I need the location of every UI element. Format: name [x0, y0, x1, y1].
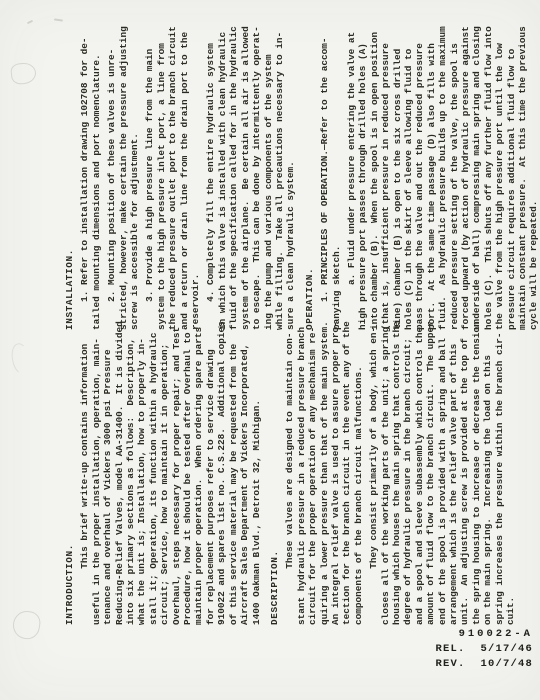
text-line: ing the pump and various components of t… [263, 18, 274, 330]
section-heading: DESCRIPTION. [269, 313, 280, 625]
release-date: REL. 5/17/46 [435, 642, 533, 657]
text-line: 1. Refer to installation drawing 102708 … [79, 18, 90, 330]
text-line: into chamber (B). When the spool is in o… [369, 18, 380, 330]
text-line: Reducing-Relief Valves, model AA-31400. … [114, 313, 125, 625]
text-line: circuit for the proper operation of any … [307, 313, 318, 625]
text-line: cuit. [505, 313, 516, 625]
paragraph: 4. Completely fill the entire hydraulic … [205, 18, 296, 330]
text-line: degree of hydraulic pressure in the bran… [402, 313, 413, 625]
text-line: maintain constant pressure. At this time… [517, 18, 528, 330]
text-line: tection for the branch circuit in the ev… [341, 313, 352, 625]
text-line: These valves are designed to maintain co… [284, 313, 295, 625]
text-line: This brief write-up contains information [79, 313, 90, 625]
text-line: the valve from the high pressure port un… [494, 18, 505, 330]
text-line: into six primary sections as follows: De… [125, 313, 136, 625]
text-line: 910022 and spares list no. C.S.228. Addi… [216, 313, 227, 625]
paragraph: 1. Refer to installation drawing 102708 … [79, 18, 102, 330]
text-line: pass through the valve and out the reduc… [414, 18, 425, 330]
text-line: tenance and overhaul of Vickers 3000 psi… [102, 313, 113, 625]
text-line: unit. An adjusting screw is provided at … [459, 313, 470, 625]
text-line: reservoir. [190, 18, 201, 330]
text-line: components of the branch circuit malfunc… [353, 313, 364, 625]
text-line: 4. Completely fill the entire hydraulic … [205, 18, 216, 330]
text-line: quiring a lower pressure than that of th… [319, 313, 330, 625]
paragraph: 3. Provide a high pressure line from the… [144, 18, 201, 330]
text-line: cycle will be repeated. [528, 18, 539, 330]
text-line: line) chamber (B) is open to the six cro… [392, 18, 403, 330]
text-line: stant hydraulic pressure in a reduced pr… [296, 313, 307, 625]
text-line: system to the high pressure inlet port, … [156, 18, 167, 330]
text-line: pressure circuit requires additional flu… [506, 18, 517, 330]
text-line: arrangement which is the relief valve pa… [448, 313, 459, 625]
text-line: the reduced pressure outlet port to the … [167, 18, 178, 330]
text-line: high pressure port passes through drille… [357, 18, 368, 330]
text-line: and a return or drain line from the drai… [179, 18, 190, 330]
drawing-number-stamp: 910022-A REL. 5/17/46 REV. 10/7/48 [435, 627, 533, 672]
text-line: fluid. As hydraulic pressure builds up t… [437, 18, 448, 330]
paragraph: This brief write-up contains information… [79, 313, 262, 625]
text-line: underside of ball) compressing main spri… [471, 18, 482, 330]
text-line: 1400 Oakman Blvd., Detroit 32, Michigan. [251, 313, 262, 625]
text-line: to escape. This can be done by intermitt… [251, 18, 262, 330]
text-line: Procedure, how it should be tested after… [182, 313, 193, 625]
paragraph: 2. Mounting position of these valves is … [106, 18, 140, 330]
text-line: spring increases the pressure within the… [494, 313, 505, 625]
text-line: in which this valve is installed with cl… [217, 18, 228, 330]
text-line: screw is accessible for adjustment. [129, 18, 140, 330]
text-line: 3. Provide a high pressure line from the… [144, 18, 155, 330]
text-line: (that is, insufficient pressure in reduc… [380, 18, 391, 330]
text-line: reduced pressure setting of the valve, t… [449, 18, 460, 330]
paragraph: They consist primarily of a body, which … [368, 313, 516, 625]
text-line: An integral relief valve is used to assu… [330, 313, 341, 625]
section-heading: INSTALLATION. [64, 18, 75, 330]
text-line: system of the airplane. Be certain all a… [240, 18, 251, 330]
section-heading: OPERATION. [304, 18, 315, 330]
document-number: 910022-A [435, 627, 533, 642]
text-column-left: INTRODUCTION. This brief write-up contai… [64, 313, 516, 625]
section-heading: INTRODUCTION. [64, 313, 75, 625]
paragraph: 1. PRINCIPLES OF OPERATION.—Refer to the… [319, 18, 342, 330]
text-line: forced upward (by action of hydraulic pr… [460, 18, 471, 330]
text-line: holes (C) in the skirt of sleeve allowin… [403, 18, 414, 330]
text-line: the spring housing to increase or decrea… [471, 313, 482, 625]
text-line: closes all of the working parts of the u… [380, 313, 391, 625]
text-line: holes (C). This shuts off any further fl… [483, 18, 494, 330]
text-line: amount of fluid flow to the branch circu… [425, 313, 436, 625]
text-line: 1. PRINCIPLES OF OPERATION.—Refer to the… [319, 18, 330, 330]
text-line: They consist primarily of a body, which … [368, 313, 379, 625]
text-line: stricted, however, make certain the pres… [118, 18, 129, 330]
paragraph: a. Fluid under pressure entering the val… [346, 18, 540, 330]
text-line: for replacement purposes refer to servic… [205, 313, 216, 625]
text-line: port. At the same time passage (D) also … [426, 18, 437, 330]
scanned-document-page: INTRODUCTION. This brief write-up contai… [0, 0, 540, 700]
text-line: useful in the proper installation, opera… [91, 313, 102, 625]
revision-date: REV. 10/7/48 [435, 657, 533, 672]
text-line: Overhaul, steps necessary for proper rep… [171, 313, 182, 625]
text-line: panying sketch. [331, 18, 342, 330]
text-line: stall it; Operation, its function within… [148, 313, 159, 625]
text-line: circuit; Service, how to maintain it in … [159, 313, 170, 625]
text-line: end of the spool is provided with a spri… [437, 313, 448, 625]
text-line: 2. Mounting position of these valves is … [106, 18, 117, 330]
text-line: while filling. Take all precautions nece… [274, 18, 285, 330]
text-column-right: INSTALLATION. 1. Refer to installation d… [64, 18, 540, 330]
rotated-page-content: INTRODUCTION. This brief write-up contai… [0, 0, 540, 700]
text-line: and a spool and sleeve subassembly which… [414, 313, 425, 625]
text-line: what the unit is; Installation, how to p… [136, 313, 147, 625]
text-line: fluid of the specification called for in… [228, 18, 239, 330]
paragraph: These valves are designed to maintain co… [284, 313, 364, 625]
text-line: housing which houses the main spring tha… [391, 313, 402, 625]
text-line: on the main spring. Increasing the load … [482, 313, 493, 625]
text-line: tailed mounting dimensions and port nome… [91, 18, 102, 330]
text-line: of this service material may be requeste… [228, 313, 239, 625]
text-line: Aircraft Sales Department of Vickers Inc… [239, 313, 250, 625]
text-line: sure a clean hydraulic system. [285, 18, 296, 330]
text-line: a. Fluid under pressure entering the val… [346, 18, 357, 330]
text-line: maintain proper operation. When ordering… [193, 313, 204, 625]
